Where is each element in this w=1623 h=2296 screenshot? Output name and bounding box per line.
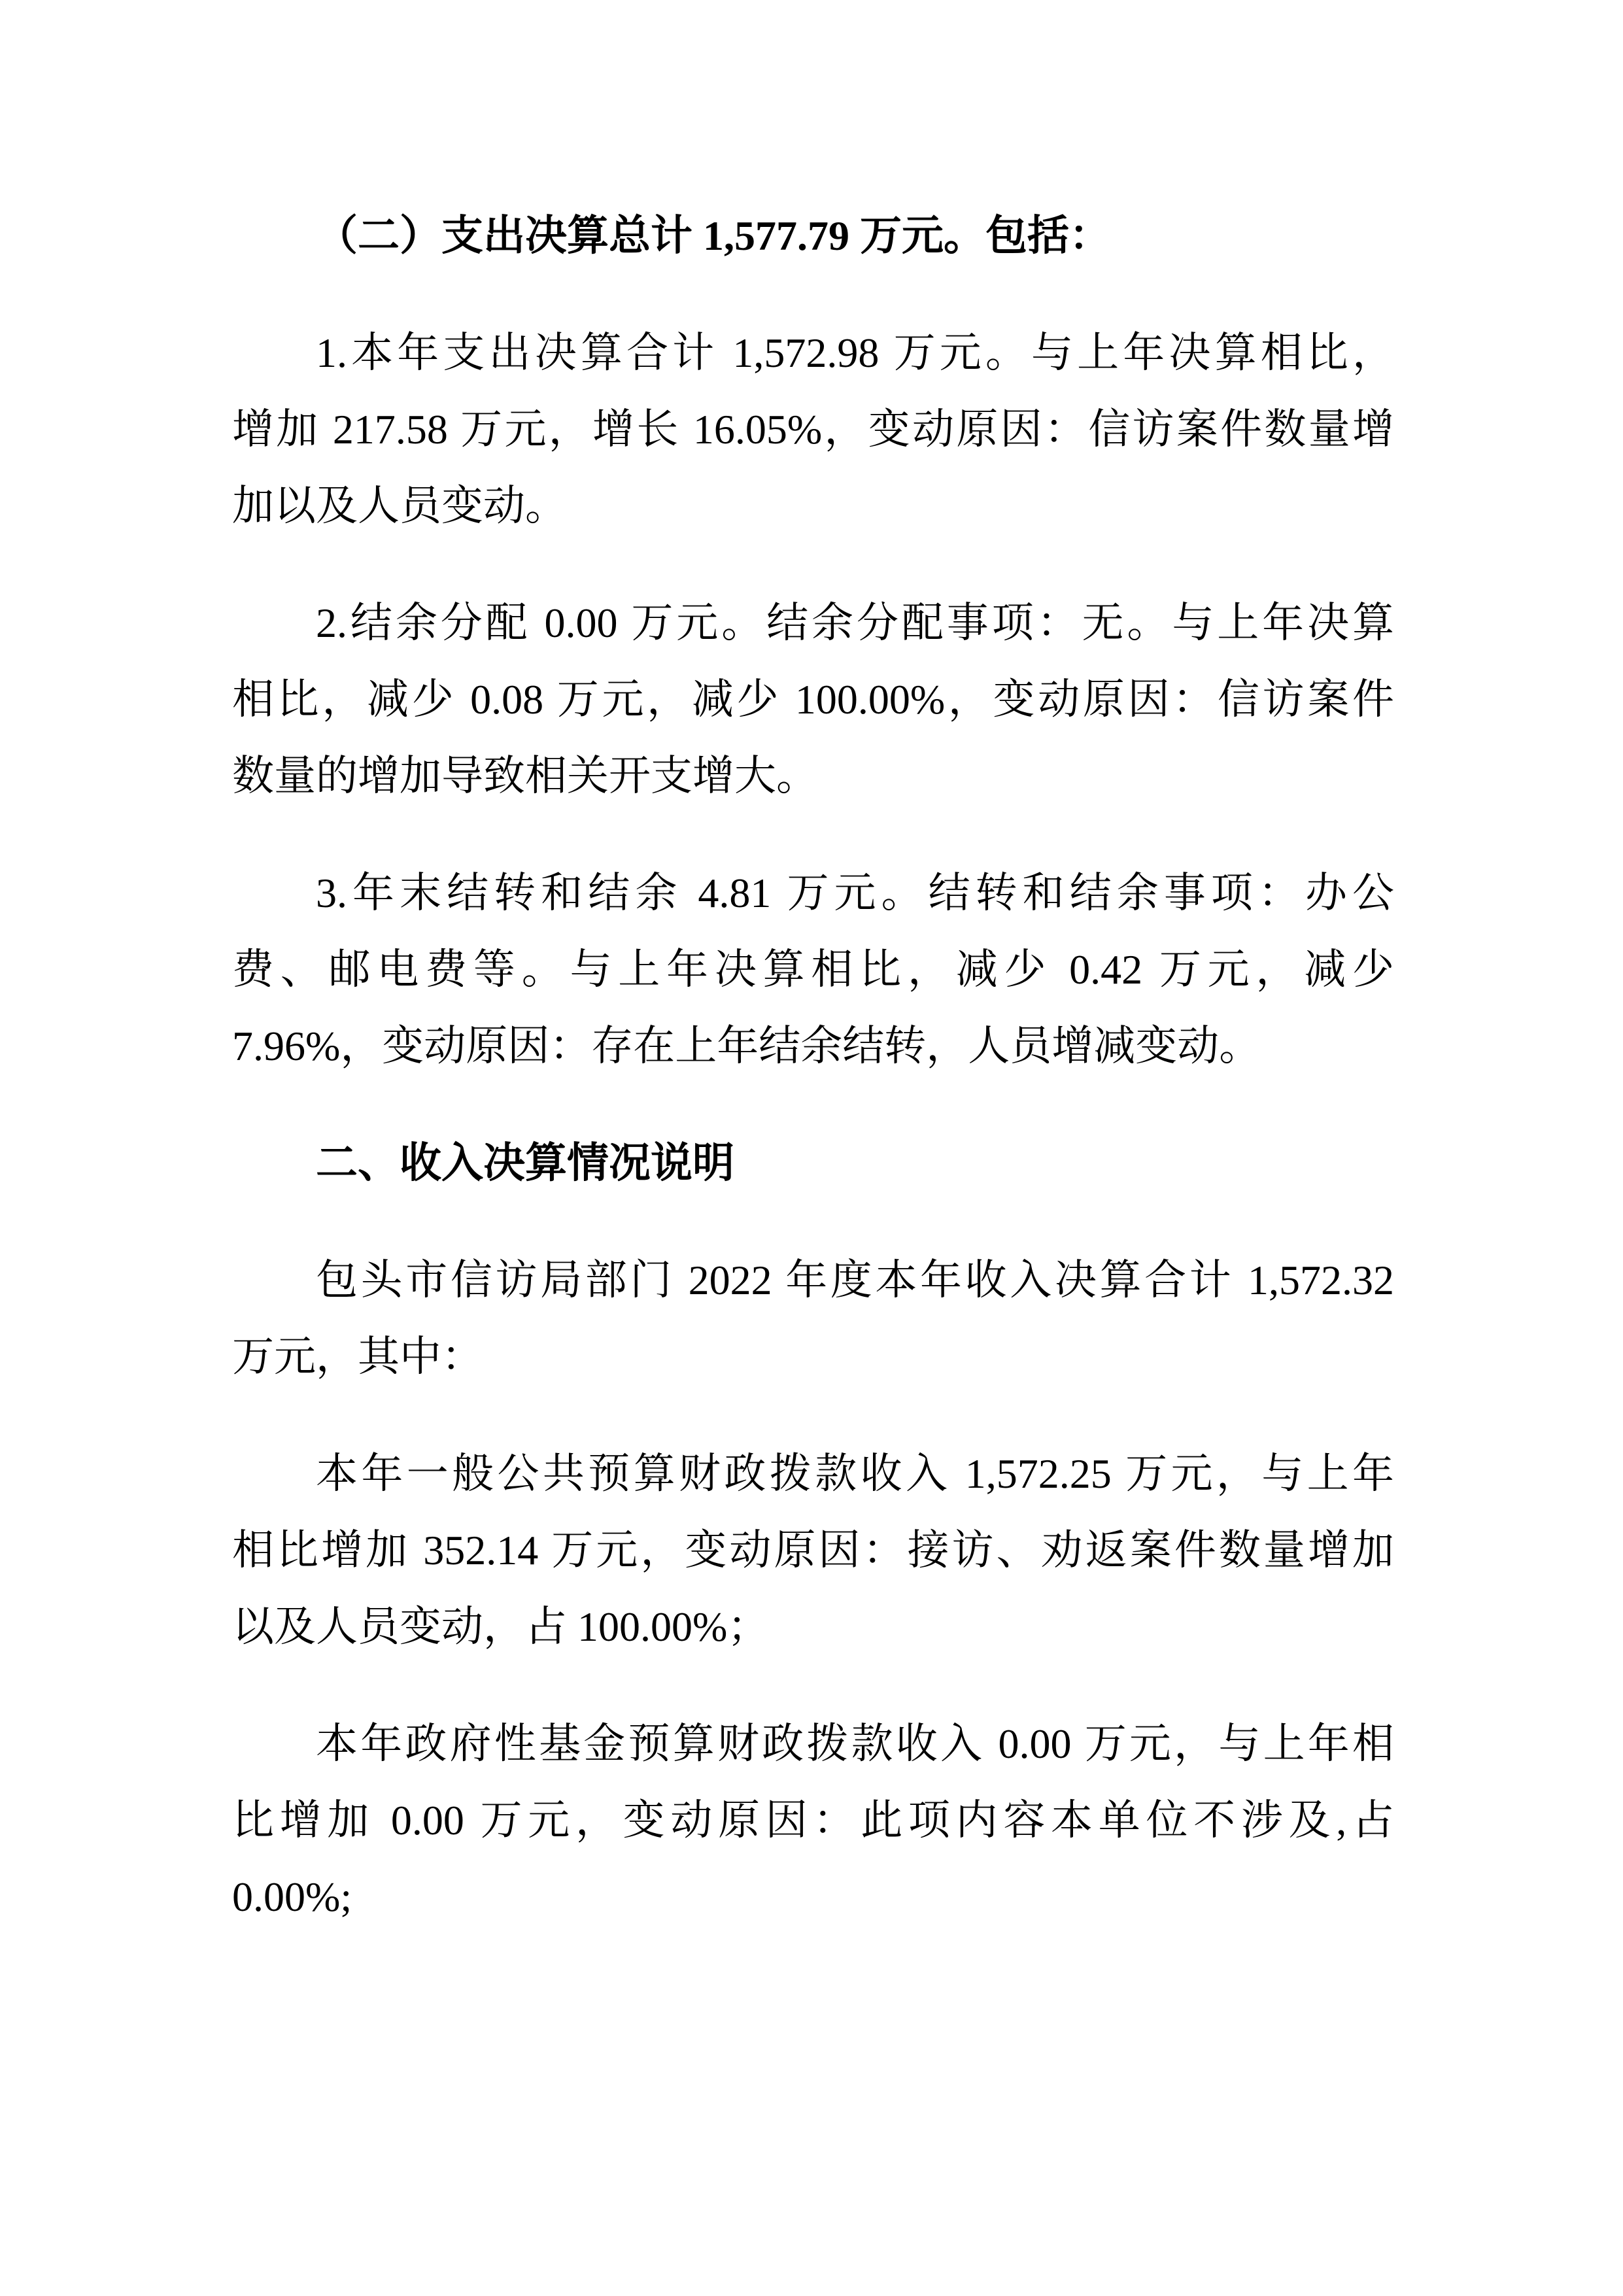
paragraph-general-public-budget-revenue: 本年一般公共预算财政拨款收入 1,572.25 万元，与上年 相比增加 352.… <box>232 1435 1394 1665</box>
text-line: 包头市信访局部门 2022 年度本年收入决算合计 1,572.32 <box>232 1242 1394 1318</box>
subheading-expenditure-total: （二）支出决算总计 1,577.79 万元。包括： <box>232 197 1394 274</box>
subheading-text: （二）支出决算总计 1,577.79 万元。包括： <box>232 197 1394 274</box>
text-line: 以及人员变动，占 100.00%； <box>232 1588 1394 1665</box>
text-line: 相比增加 352.14 万元，变动原因：接访、劝返案件数量增加 <box>232 1512 1394 1588</box>
text-line: 数量的增加导致相关开支增大。 <box>232 738 1394 814</box>
paragraph-revenue-total: 包头市信访局部门 2022 年度本年收入决算合计 1,572.32 万元，其中： <box>232 1242 1394 1395</box>
text-line: 本年政府性基金预算财政拨款收入 0.00 万元，与上年相 <box>232 1705 1394 1782</box>
text-line: 增加 217.58 万元，增长 16.05%，变动原因：信访案件数量增 <box>232 391 1394 468</box>
paragraph-surplus-distribution: 2.结余分配 0.00 万元。结余分配事项：无。与上年决算 相比，减少 0.08… <box>232 585 1394 814</box>
text-line: 万元，其中： <box>232 1318 1394 1395</box>
heading-revenue-section: 二、收入决算情况说明 <box>232 1125 1394 1201</box>
text-line: 0.00%; <box>232 1859 1394 1935</box>
page-content: （二）支出决算总计 1,577.79 万元。包括： 1.本年支出决算合计 1,5… <box>0 0 1623 1935</box>
paragraph-expenditure-item-1: 1.本年支出决算合计 1,572.98 万元。与上年决算相比， 增加 217.5… <box>232 315 1394 544</box>
paragraph-year-end-carryover: 3.年末结转和结余 4.81 万元。结转和结余事项：办公 费、邮电费等。与上年决… <box>232 855 1394 1084</box>
text-line: 相比，减少 0.08 万元，减少 100.00%，变动原因：信访案件 <box>232 661 1394 738</box>
document-page: （二）支出决算总计 1,577.79 万元。包括： 1.本年支出决算合计 1,5… <box>0 0 1623 2296</box>
text-line: 加以及人员变动。 <box>232 468 1394 544</box>
heading-text: 二、收入决算情况说明 <box>232 1125 1394 1201</box>
text-line: 3.年末结转和结余 4.81 万元。结转和结余事项：办公 <box>232 855 1394 931</box>
text-line: 1.本年支出决算合计 1,572.98 万元。与上年决算相比， <box>232 315 1394 391</box>
text-line: 2.结余分配 0.00 万元。结余分配事项：无。与上年决算 <box>232 585 1394 661</box>
paragraph-government-fund-revenue: 本年政府性基金预算财政拨款收入 0.00 万元，与上年相 比增加 0.00 万元… <box>232 1705 1394 1935</box>
text-line: 比增加 0.00 万元，变动原因：此项内容本单位不涉及,占 <box>232 1782 1394 1859</box>
text-line: 本年一般公共预算财政拨款收入 1,572.25 万元，与上年 <box>232 1435 1394 1512</box>
text-line: 费、邮电费等。与上年决算相比，减少 0.42 万元，减少 <box>232 931 1394 1008</box>
text-line: 7.96%，变动原因：存在上年结余结转，人员增减变动。 <box>232 1008 1394 1084</box>
